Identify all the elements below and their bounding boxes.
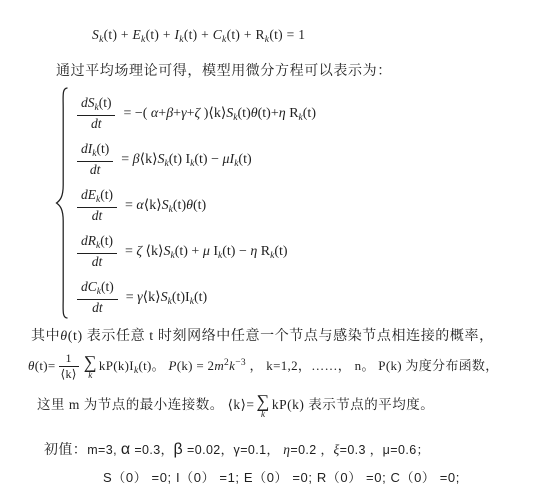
equation-rows: dSk(t)dt= −( α+β+γ+ζ )⟨k⟩Sk(t)θ(t)+η Rk(… (74, 91, 316, 321)
diff-equation-row-dSk: dSk(t)dt= −( α+β+γ+ζ )⟨k⟩Sk(t)θ(t)+η Rk(… (74, 91, 316, 137)
paragraph-mean-field: 通过平均场理论可得，模型用微分方程可以表示为： (56, 60, 392, 80)
conservation-equation: Sk(t) + Ek(t) + Ik(t) + Ck(t) + Rk(t) = … (92, 27, 305, 45)
differential-equation-system: dSk(t)dt= −( α+β+γ+ζ )⟨k⟩Sk(t)θ(t)+η Rk(… (55, 87, 316, 324)
initial-conditions-line: S（0） =0; I（0） =1; E（0） =0; R（0） =0; C（0）… (103, 467, 460, 486)
average-degree-line: 这里 m 为节点的最小连接数。 ⟨k⟩=∑kkP(k) 表示节点的平均度。 (37, 393, 434, 419)
derivative-fraction: dRk(t)dt (77, 233, 117, 271)
paragraph-theta-definition: 其中θ(t) 表示任意 t 时刻网络中任意一个节点与感染节点相连接的概率， (31, 325, 494, 345)
derivative-fraction: dEk(t)dt (77, 187, 117, 225)
diff-equation-row-dEk: dEk(t)dt= α⟨k⟩Sk(t)θ(t) (74, 183, 316, 229)
document-page: Sk(t) + Ek(t) + Ik(t) + Ck(t) + Rk(t) = … (0, 0, 540, 495)
diff-equation-row-dRk: dRk(t)dt= ζ ⟨k⟩Sk(t) + μ Ik(t) − η Rk(t) (74, 229, 316, 275)
summation-symbol: ∑k (84, 354, 97, 380)
derivative-fraction: dIk(t)dt (77, 141, 113, 179)
left-brace-icon (55, 87, 69, 324)
diff-equation-row-dIk: dIk(t)dt= β⟨k⟩Sk(t) Ik(t) − μIk(t) (74, 137, 316, 183)
diff-equation-row-dCk: dCk(t)dt= γ⟨k⟩Sk(t)Ik(t) (74, 275, 316, 321)
theta-formula-line: θ(t)=1⟨k⟩∑kkP(k)Ik(t)。 P(k) = 2m2k−3 ， k… (28, 351, 499, 383)
initial-parameters-line: 初值：m=3, α =0.3，β =0.02，γ=0.1， η=0.2 ，ξ=0… (44, 439, 429, 459)
derivative-fraction: dCk(t)dt (77, 279, 118, 317)
summation-symbol: ∑k (257, 393, 270, 419)
fraction: 1⟨k⟩ (59, 351, 79, 383)
derivative-fraction: dSk(t)dt (77, 95, 115, 133)
